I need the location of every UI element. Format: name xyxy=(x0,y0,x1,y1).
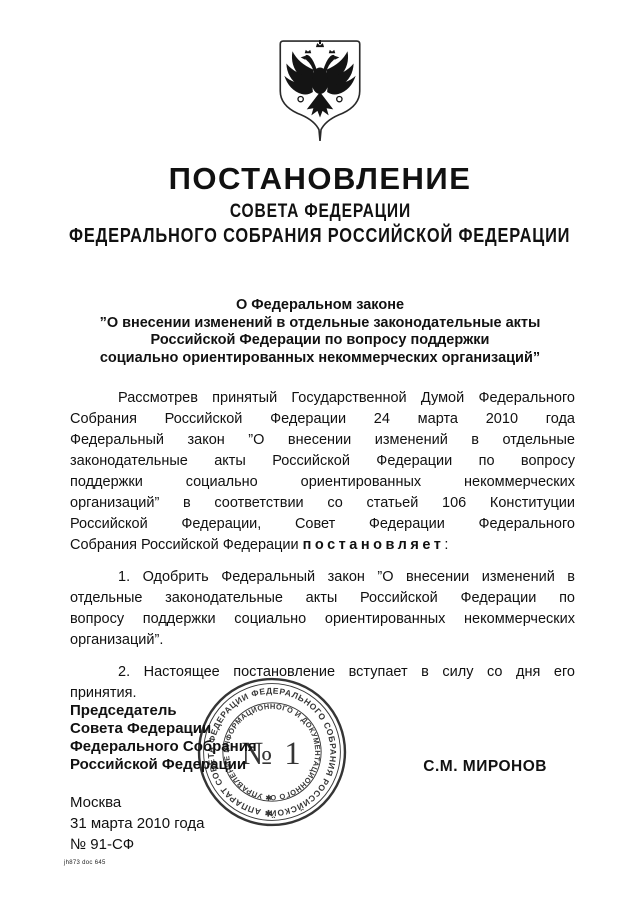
body-line: поддержки социально ориентированных неко… xyxy=(70,472,575,493)
russia-coat-of-arms-icon xyxy=(268,38,372,146)
subject-line: О Федеральном законе xyxy=(40,297,600,315)
signer-title-line: Председатель xyxy=(70,702,575,720)
signature-block: Председатель Совета Федерации Федерально… xyxy=(70,702,575,787)
resolves-keyword: постановляет xyxy=(303,537,445,553)
body-line: Федеральный закон ”О внесении изменений … xyxy=(70,430,575,451)
body-line: вопросу поддержки социально ориентирован… xyxy=(70,609,575,630)
document-page: { "page": { "background": "#ffffff", "in… xyxy=(0,0,640,900)
document-subject: О Федеральном законе ”О внесении изменен… xyxy=(40,297,600,367)
document-type-title: ПОСТАНОВЛЕНИЕ xyxy=(0,161,640,197)
body-line: законодательные акты Российской Федераци… xyxy=(70,451,575,472)
body-line: отдельные законодательные акты Российско… xyxy=(70,588,575,609)
subject-line: социально ориентированных некоммерческих… xyxy=(40,350,600,368)
org-name-line2: ФЕДЕРАЛЬНОГО СОБРАНИЯ РОССИЙСКОЙ ФЕДЕРАЦ… xyxy=(0,225,640,248)
signer-title-line: Совета Федерации xyxy=(70,720,575,738)
document-body: Рассмотрев принятый Государственной Думо… xyxy=(70,388,575,704)
issuance-block: Москва 31 марта 2010 года № 91-СФ xyxy=(70,792,205,855)
org-name-line1: СОВЕТА ФЕДЕРАЦИИ xyxy=(0,201,640,223)
document-file-reference: jh873 doc 645 xyxy=(64,860,106,866)
body-line-resolves: Собрания Российской Федерации постановля… xyxy=(70,535,575,556)
issuance-city: Москва xyxy=(70,792,205,813)
body-line: Собрания Российской Федерации 24 марта 2… xyxy=(70,409,575,430)
emblem-shield xyxy=(268,38,372,146)
issuance-number: № 91-СФ xyxy=(70,834,205,855)
subject-line: ”О внесении изменений в отдельные законо… xyxy=(40,315,600,333)
resolves-colon: : xyxy=(444,537,448,553)
body-line: организаций”. xyxy=(70,630,575,651)
body-line: Рассмотрев принятый Государственной Думо… xyxy=(70,388,575,409)
org-name-line2-text: ФЕДЕРАЛЬНОГО СОБРАНИЯ РОССИЙСКОЙ ФЕДЕРАЦ… xyxy=(69,225,570,248)
body-line: организаций” в соответствии со статьей 1… xyxy=(70,493,575,514)
paragraph-item-1: 1. Одобрить Федеральный закон ”О внесени… xyxy=(70,567,575,651)
signer-name: С.М. МИРОНОВ xyxy=(423,758,547,776)
subject-line: Российской Федерации по вопросу поддержк… xyxy=(40,332,600,350)
org-name-line1-text: СОВЕТА ФЕДЕРАЦИИ xyxy=(229,201,410,223)
signer-title-line: Федерального Собрания xyxy=(70,738,575,756)
body-line: 1. Одобрить Федеральный закон ”О внесени… xyxy=(70,567,575,588)
resolves-prefix: Собрания Российской Федерации xyxy=(70,537,303,553)
issuance-date: 31 марта 2010 года xyxy=(70,813,205,834)
body-line: Российской Федерации, Совет Федерации Фе… xyxy=(70,514,575,535)
paragraph-preamble: Рассмотрев принятый Государственной Думо… xyxy=(70,388,575,556)
